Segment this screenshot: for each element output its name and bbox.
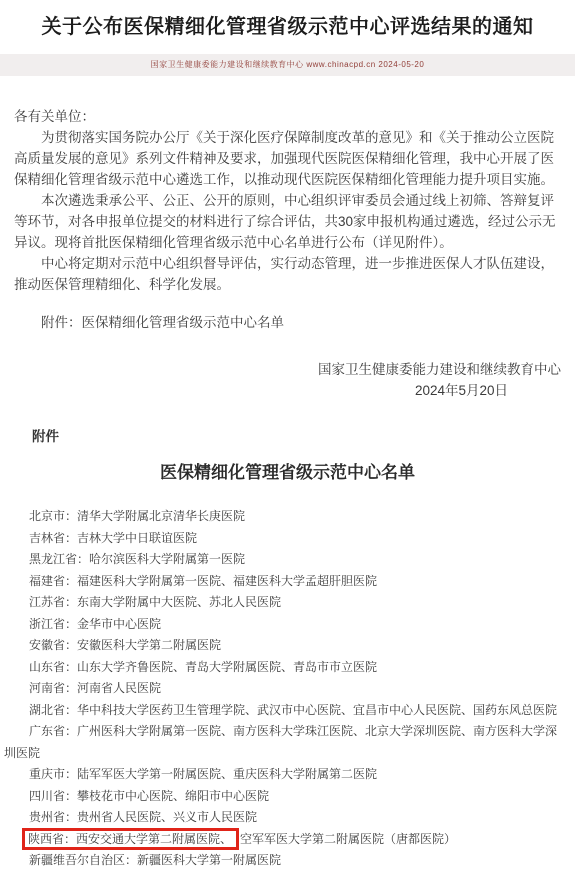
list-item-shaanxi-boxed-text: 陕西省：西安交通大学第二附属医院、 — [28, 832, 232, 846]
attachment-reference: 附件：医保精细化管理省级示范中心名单 — [14, 312, 561, 333]
list-item-anhui: 安徽省：安徽医科大学第二附属医院 — [4, 635, 561, 657]
list-item-sichuan: 四川省：攀枝花市中心医院、绵阳市中心医院 — [4, 786, 561, 808]
list-item-shaanxi-rest-text: 空军军医大学第二附属医院（唐都医院） — [240, 832, 456, 846]
list-item-henan: 河南省：河南省人民医院 — [4, 678, 561, 700]
list-item-xinjiang: 新疆维吾尔自治区：新疆医科大学第一附属医院 — [4, 850, 561, 872]
salutation: 各有关单位： — [14, 106, 561, 127]
list-item-hubei: 湖北省：华中科技大学医药卫生管理学院、武汉市中心医院、宜昌市中心人民医院、国药东… — [4, 700, 561, 722]
appendix-label: 附件 — [32, 426, 561, 447]
list-item-beijing: 北京市：清华大学附属北京清华长庚医院 — [4, 506, 561, 528]
list-item-jiangsu: 江苏省：东南大学附属中大医院、苏北人民医院 — [4, 592, 561, 614]
hospital-list: 北京市：清华大学附属北京清华长庚医院 吉林省：吉林大学中日联谊医院 黑龙江省：哈… — [4, 506, 561, 872]
body-paragraph: 为贯彻落实国务院办公厅《关于深化医疗保障制度改革的意见》和《关于推动公立医院高质… — [14, 127, 561, 190]
list-item-heilongjiang: 黑龙江省：哈尔滨医科大学附属第一医院 — [4, 549, 561, 571]
issuer-banner-text: 国家卫生健康委能力建设和继续教育中心 www.chinacpd.cn 2024-… — [151, 60, 425, 69]
list-item-guangdong: 广东省：广州医科大学附属第一医院、南方医科大学珠江医院、北京大学深圳医院、南方医… — [4, 721, 561, 764]
list-item-chongqing: 重庆市：陆军军医大学第一附属医院、重庆医科大学附属第二医院 — [4, 764, 561, 786]
page-title: 关于公布医保精细化管理省级示范中心评选结果的通知 — [0, 0, 575, 42]
list-item-shaanxi: 陕西省：西安交通大学第二附属医院、空军军医大学第二附属医院（唐都医院） — [4, 829, 561, 851]
list-item-shandong: 山东省：山东大学齐鲁医院、青岛大学附属医院、青岛市市立医院 — [4, 657, 561, 679]
body-paragraph: 本次遴选秉承公平、公正、公开的原则，中心组织评审委员会通过线上初筛、答辩复评等环… — [14, 190, 561, 253]
red-highlight-box: 陕西省：西安交通大学第二附属医院、 — [22, 828, 239, 850]
signature-date: 2024年5月20日 — [14, 380, 561, 401]
list-item-zhejiang: 浙江省：金华市中心医院 — [4, 614, 561, 636]
appendix-title: 医保精细化管理省级示范中心名单 — [14, 461, 561, 485]
list-item-jilin: 吉林省：吉林大学中日联谊医院 — [4, 528, 561, 550]
body-paragraph: 中心将定期对示范中心组织督导评估，实行动态管理，进一步推进医保人才队伍建设，推动… — [14, 253, 561, 295]
issuer-banner: 国家卫生健康委能力建设和继续教育中心 www.chinacpd.cn 2024-… — [0, 54, 575, 76]
notice-body: 各有关单位： 为贯彻落实国务院办公厅《关于深化医疗保障制度改革的意见》和《关于推… — [14, 106, 561, 485]
signature-block: 国家卫生健康委能力建设和继续教育中心 2024年5月20日 — [14, 359, 561, 401]
list-item-guizhou: 贵州省：贵州省人民医院、兴义市人民医院 — [4, 807, 561, 829]
list-item-fujian: 福建省：福建医科大学附属第一医院、福建医科大学孟超肝胆医院 — [4, 571, 561, 593]
signature-org: 国家卫生健康委能力建设和继续教育中心 — [14, 359, 561, 380]
